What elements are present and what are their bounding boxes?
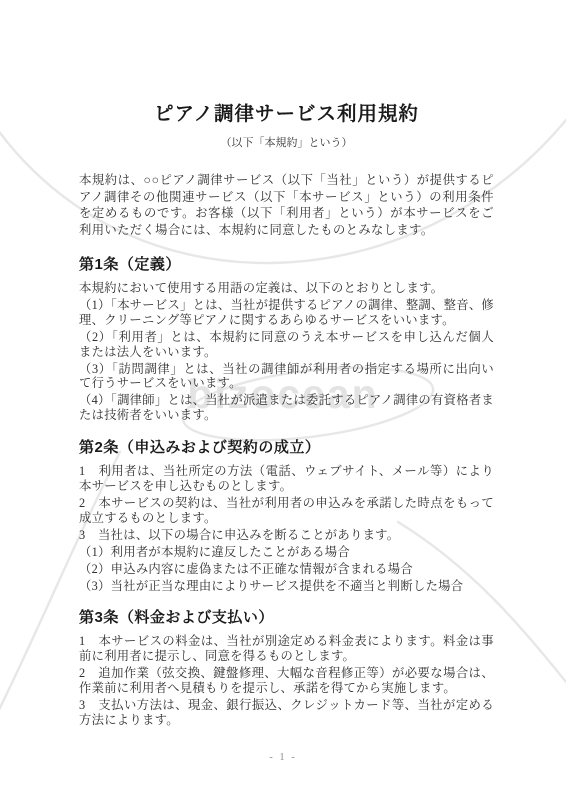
article-2-heading: 第2条（申込みおよび契約の成立） — [79, 439, 494, 457]
article-2-clause-2: 2 本サービスの契約は、当社が利用者の申込みを承諾した時点をもって成立するものと… — [79, 496, 494, 526]
article-1-item-4: （4）「調律師」とは、当社が派遣または委託するピアノ調律の有資格者または技術者を… — [79, 393, 494, 423]
article-2-item-2: （2）申込み内容に虚偽または不正確な情報が含まれる場合 — [79, 562, 494, 577]
article-2-item-1: （1）利用者が本規約に違反したことがある場合 — [79, 545, 494, 560]
page-number: - 1 - — [0, 752, 566, 763]
article-3-clause-1: 1 本サービスの料金は、当社が別途定める料金表によります。料金は事前に利用者に提… — [79, 634, 494, 664]
article-3-clause-3: 3 支払い方法は、現金、銀行振込、クレジットカード等、当社が定める方法によります… — [79, 698, 494, 728]
intro-paragraph: 本規約は、○○ピアノ調律サービス（以下「当社」という）が提供するピアノ調律その他… — [79, 172, 494, 238]
document-content: ピアノ調律サービス利用規約 （以下「本規約」という） 本規約は、○○ピアノ調律サ… — [79, 0, 494, 728]
document-subtitle: （以下「本規約」という） — [79, 136, 494, 150]
article-1-heading: 第1条（定義） — [79, 256, 494, 274]
article-3-heading: 第3条（料金および支払い） — [79, 609, 494, 627]
article-1-item-2: （2）「利用者」とは、本規約に同意のうえ本サービスを申し込んだ個人または法人をい… — [79, 330, 494, 360]
article-3-clause-2: 2 追加作業（弦交換、鍵盤修理、大幅な音程修正等）が必要な場合は、作業前に利用者… — [79, 666, 494, 696]
article-1-item-1: （1）「本サービス」とは、当社が提供するピアノの調律、整調、整音、修理、クリーニ… — [79, 298, 494, 328]
article-1-item-3: （3）「訪問調律」とは、当社の調律師が利用者の指定する場所に出向いて行うサービス… — [79, 362, 494, 392]
article-1-paragraph: 本規約において使用する用語の定義は、以下のとおりとします。 — [79, 281, 494, 296]
document-page: bizocean ピアノ調律サービス利用規約 （以下「本規約」という） 本規約は… — [0, 0, 566, 800]
article-2-clause-1: 1 利用者は、当社所定の方法（電話、ウェブサイト、メール等）により本サービスを申… — [79, 464, 494, 494]
document-title: ピアノ調律サービス利用規約 — [79, 102, 494, 126]
article-2-clause-3: 3 当社は、以下の場合に申込みを断ることがあります。 — [79, 528, 494, 543]
article-2-item-3: （3）当社が正当な理由によりサービス提供を不適当と判断した場合 — [79, 579, 494, 594]
